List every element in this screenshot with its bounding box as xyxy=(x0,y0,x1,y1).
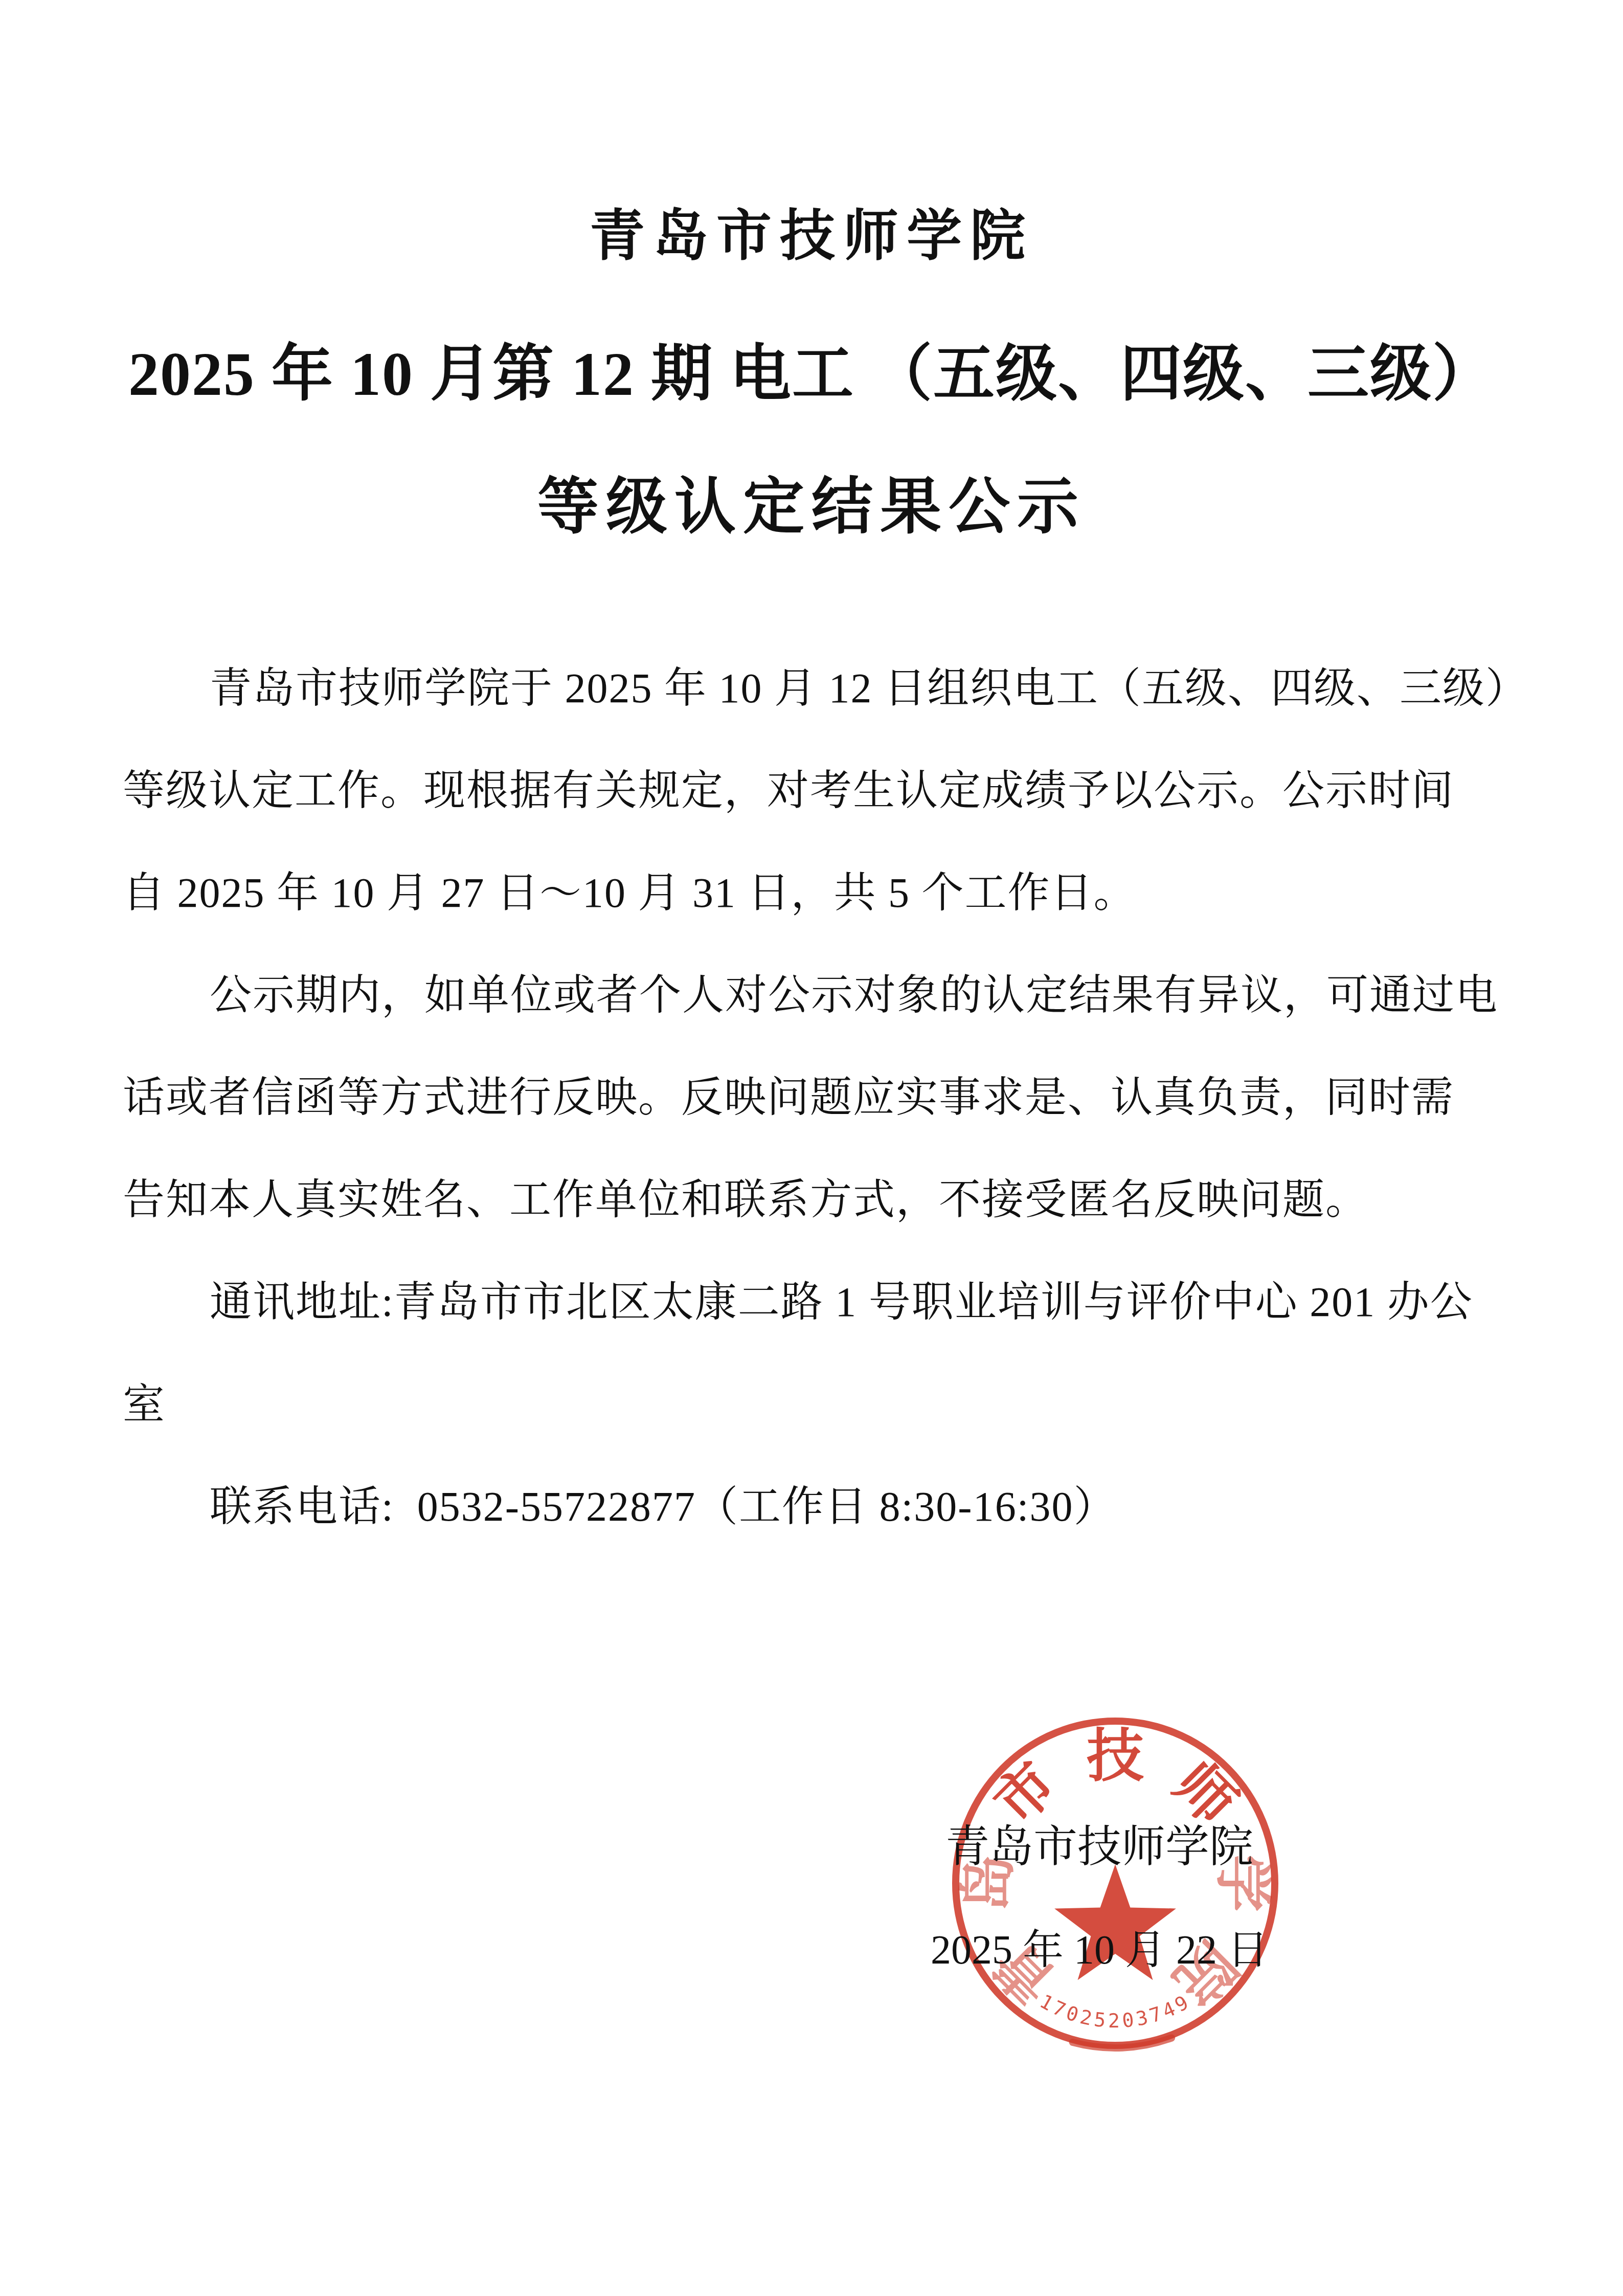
paragraph-line: 等级认定工作。现根据有关规定，对考生认定成绩予以公示。公示时间 xyxy=(123,740,1500,842)
paragraph-line: 公示期内，如单位或者个人对公示对象的认定结果有异议，可通过电 xyxy=(123,944,1500,1046)
paragraph-line: 话或者信函等方式进行反映。反映问题应实事求是、认真负责，同时需 xyxy=(123,1046,1500,1149)
document-page: 青岛市技师学院 2025 年 10 月第 12 期 电工 （五级、四级、三级） … xyxy=(0,0,1623,2296)
subject-title: 等级认定结果公示 xyxy=(123,463,1500,551)
body-text: 青岛市技师学院于 2025 年 10 月 12 日组织电工（五级、四级、三级） … xyxy=(123,637,1500,1558)
document-content: 青岛市技师学院 2025 年 10 月第 12 期 电工 （五级、四级、三级） … xyxy=(123,0,1500,1558)
official-seal: 青 岛 市 技 师 学 院 1702520374935 xyxy=(941,1709,1289,2057)
session-title: 2025 年 10 月第 12 期 电工 （五级、四级、三级） xyxy=(123,330,1500,418)
signature-org: 青岛市技师学院 xyxy=(844,1819,1355,1875)
seal-ring-char: 技 xyxy=(1087,1725,1144,1789)
signature-date: 2025 年 10 月 22 日 xyxy=(844,1922,1355,1978)
contact-phone-line: 联系电话: 0532-55722877（工作日 8:30-16:30） xyxy=(123,1456,1500,1558)
mailing-address-line: 室 xyxy=(123,1353,1500,1456)
paragraph-line: 告知本人真实姓名、工作单位和联系方式，不接受匿名反映问题。 xyxy=(123,1149,1500,1251)
paragraph-line: 青岛市技师学院于 2025 年 10 月 12 日组织电工（五级、四级、三级） xyxy=(123,637,1500,740)
org-title: 青岛市技师学院 xyxy=(123,198,1500,275)
mailing-address-line: 通讯地址:青岛市市北区太康二路 1 号职业培训与评价中心 201 办公 xyxy=(123,1251,1500,1353)
paragraph-line: 自 2025 年 10 月 27 日～10 月 31 日，共 5 个工作日。 xyxy=(123,842,1500,944)
